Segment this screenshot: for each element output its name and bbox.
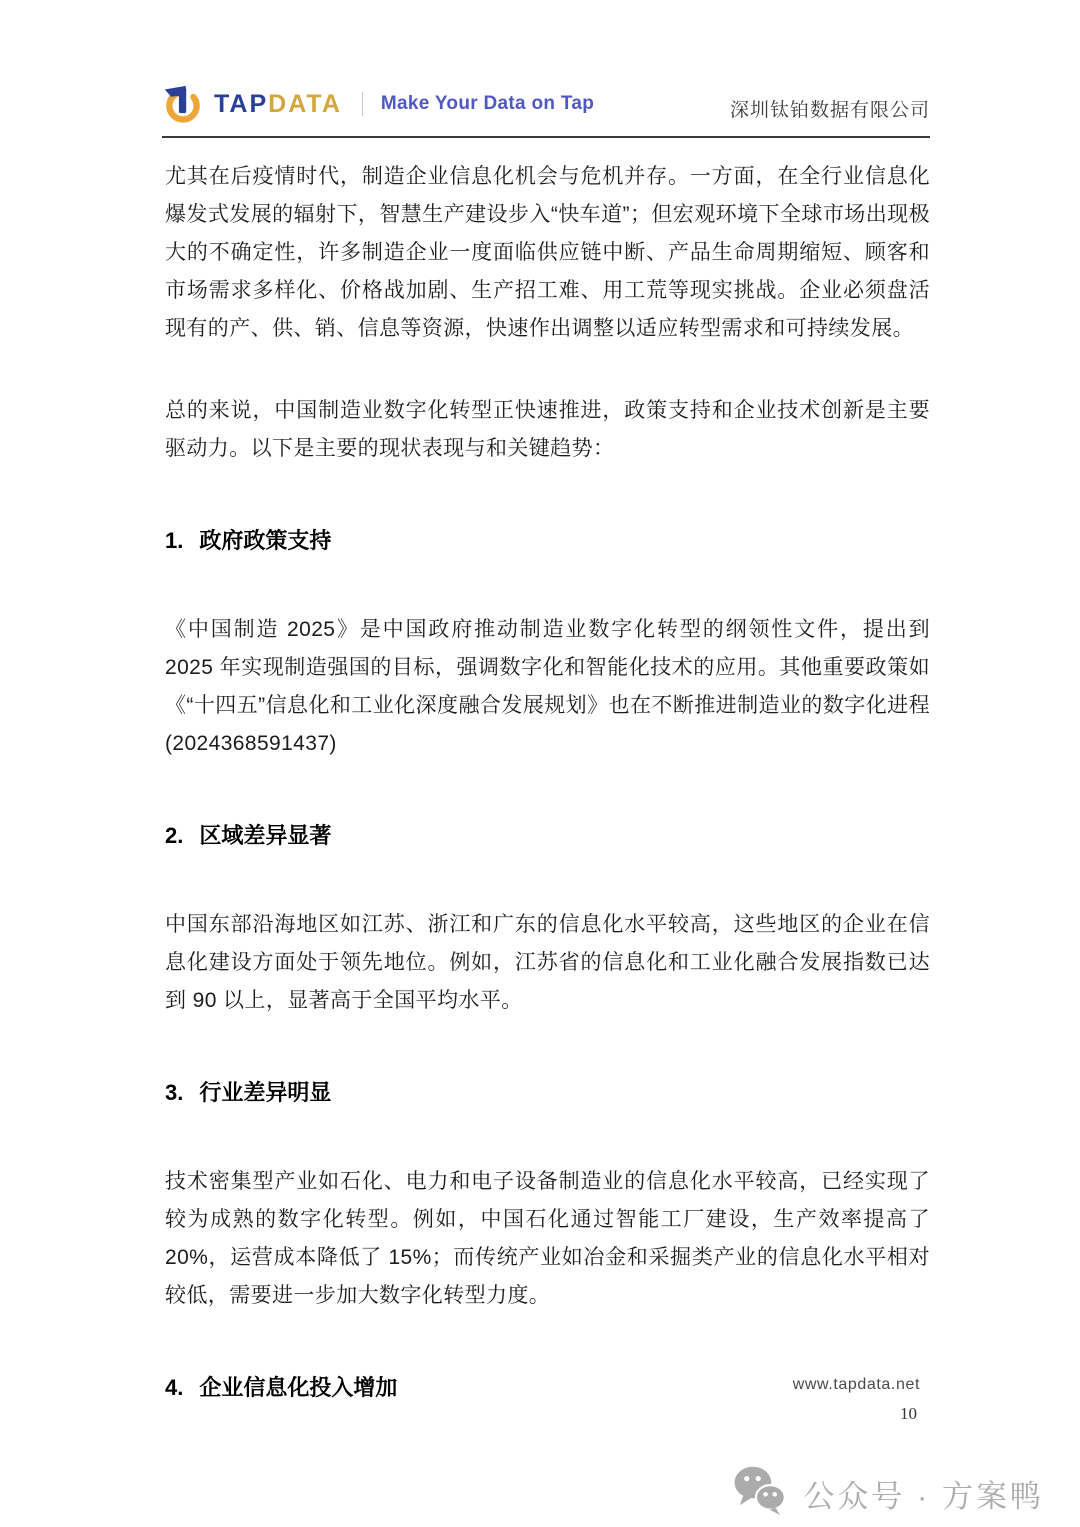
website-link[interactable]: www.tapdata.net	[793, 1376, 920, 1394]
section-heading-1: 1. 政府政策支持	[165, 524, 930, 555]
section-title: 区域差异显著	[199, 819, 331, 850]
tapdata-shield-icon	[162, 84, 204, 124]
watermark-label: 公众号 · 方案鸭	[803, 1471, 1044, 1516]
wordmark-data: DATA	[268, 90, 342, 118]
page-number: 10	[900, 1404, 917, 1424]
tapdata-brand: TAPDATA Make Your Data on Tap	[162, 84, 594, 124]
section-number: 1.	[165, 528, 183, 554]
intro-paragraph-2: 总的来说，中国制造业数字化转型正快速推进，政策支持和企业技术创新是主要驱动力。以…	[165, 392, 930, 468]
section-title: 企业信息化投入增加	[199, 1371, 397, 1402]
section-number: 2.	[165, 823, 183, 849]
company-name: 深圳钛铂数据有限公司	[730, 95, 930, 124]
section-number: 3.	[165, 1080, 183, 1106]
wechat-icon	[731, 1464, 787, 1523]
document-content: 尤其在后疫情时代，制造企业信息化机会与危机并存。一方面，在全行业信息化爆发式发展…	[0, 138, 1080, 1402]
section-body: 《中国制造 2025》是中国政府推动制造业数字化转型的纲领性文件，提出到 202…	[165, 611, 930, 763]
section-title: 行业差异明显	[199, 1076, 331, 1107]
page-header: TAPDATA Make Your Data on Tap 深圳钛铂数据有限公司	[0, 0, 1080, 124]
tapdata-wordmark: TAPDATA	[214, 92, 342, 117]
section-body: 中国东部沿海地区如江苏、浙江和广东的信息化水平较高，这些地区的企业在信息化建设方…	[165, 906, 930, 1020]
wechat-watermark: 公众号 · 方案鸭	[731, 1464, 1044, 1523]
section-heading-3: 3. 行业差异明显	[165, 1076, 930, 1107]
document-page: TAPDATA Make Your Data on Tap 深圳钛铂数据有限公司…	[0, 0, 1080, 1527]
brand-divider	[362, 92, 363, 116]
section-government-policy: 1. 政府政策支持 《中国制造 2025》是中国政府推动制造业数字化转型的纲领性…	[165, 524, 930, 763]
section-number: 4.	[165, 1375, 183, 1401]
section-industry-difference: 3. 行业差异明显 技术密集型产业如石化、电力和电子设备制造业的信息化水平较高，…	[165, 1076, 930, 1315]
section-heading-2: 2. 区域差异显著	[165, 819, 930, 850]
section-regional-difference: 2. 区域差异显著 中国东部沿海地区如江苏、浙江和广东的信息化水平较高，这些地区…	[165, 819, 930, 1020]
brand-tagline: Make Your Data on Tap	[381, 93, 594, 115]
intro-paragraph-1: 尤其在后疫情时代，制造企业信息化机会与危机并存。一方面，在全行业信息化爆发式发展…	[165, 158, 930, 348]
section-title: 政府政策支持	[199, 524, 331, 555]
section-body: 技术密集型产业如石化、电力和电子设备制造业的信息化水平较高，已经实现了较为成熟的…	[165, 1163, 930, 1315]
wordmark-tap: TAP	[214, 90, 268, 118]
